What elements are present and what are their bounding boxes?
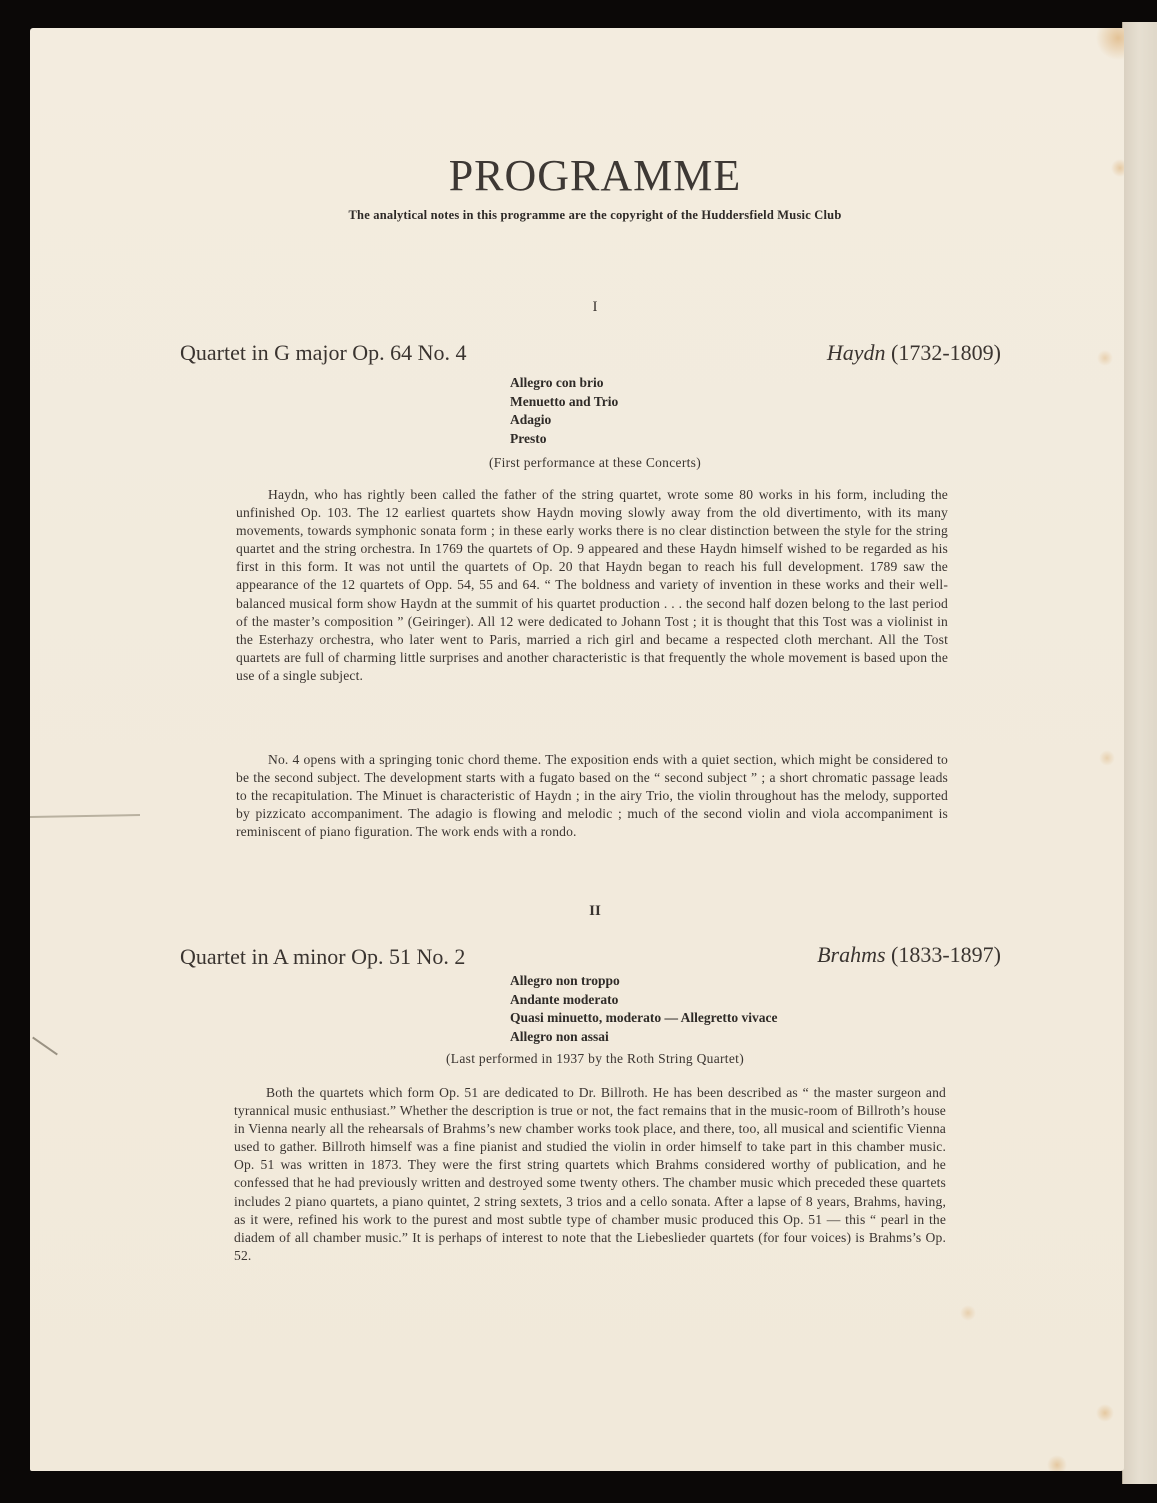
movement: Presto bbox=[510, 430, 618, 449]
composer-name: Brahms bbox=[817, 942, 885, 967]
composer: Brahms (1833-1897) bbox=[817, 942, 1001, 968]
composer-dates: (1833-1897) bbox=[891, 942, 1001, 967]
performance-note: (First performance at these Concerts) bbox=[0, 455, 1157, 471]
adjacent-page-edge bbox=[1122, 22, 1157, 1484]
movement: Menuetto and Trio bbox=[510, 393, 618, 412]
work-title: Quartet in G major Op. 64 No. 4 bbox=[180, 340, 467, 366]
movement: Andante moderato bbox=[510, 991, 777, 1010]
section-numeral: II bbox=[0, 903, 1157, 920]
movement: Adagio bbox=[510, 411, 618, 430]
movement-list: Allegro con brio Menuetto and Trio Adagi… bbox=[510, 374, 618, 448]
movement: Allegro non troppo bbox=[510, 972, 777, 991]
movement: Allegro con brio bbox=[510, 374, 618, 393]
movement-list: Allegro non troppo Andante moderato Quas… bbox=[510, 972, 777, 1046]
section-numeral: I bbox=[0, 299, 1157, 316]
movement: Quasi minuetto, moderato — Allegretto vi… bbox=[510, 1009, 777, 1028]
composer-dates: (1732-1809) bbox=[891, 340, 1001, 365]
composer-name: Haydn bbox=[827, 340, 886, 365]
analytical-paragraph: Haydn, who has rightly been called the f… bbox=[236, 486, 948, 685]
copyright-note: The analytical notes in this programme a… bbox=[0, 208, 1157, 223]
work-title: Quartet in A minor Op. 51 No. 2 bbox=[180, 944, 465, 970]
performance-note: (Last performed in 1937 by the Roth Stri… bbox=[0, 1051, 1157, 1067]
analytical-paragraph: No. 4 opens with a springing tonic chord… bbox=[236, 751, 948, 841]
movement: Allegro non assai bbox=[510, 1028, 777, 1047]
composer: Haydn (1732-1809) bbox=[827, 340, 1001, 366]
page-title: PROGRAMME bbox=[0, 150, 1157, 201]
paper-tear bbox=[30, 814, 140, 818]
analytical-paragraph: Both the quartets which form Op. 51 are … bbox=[234, 1084, 946, 1265]
